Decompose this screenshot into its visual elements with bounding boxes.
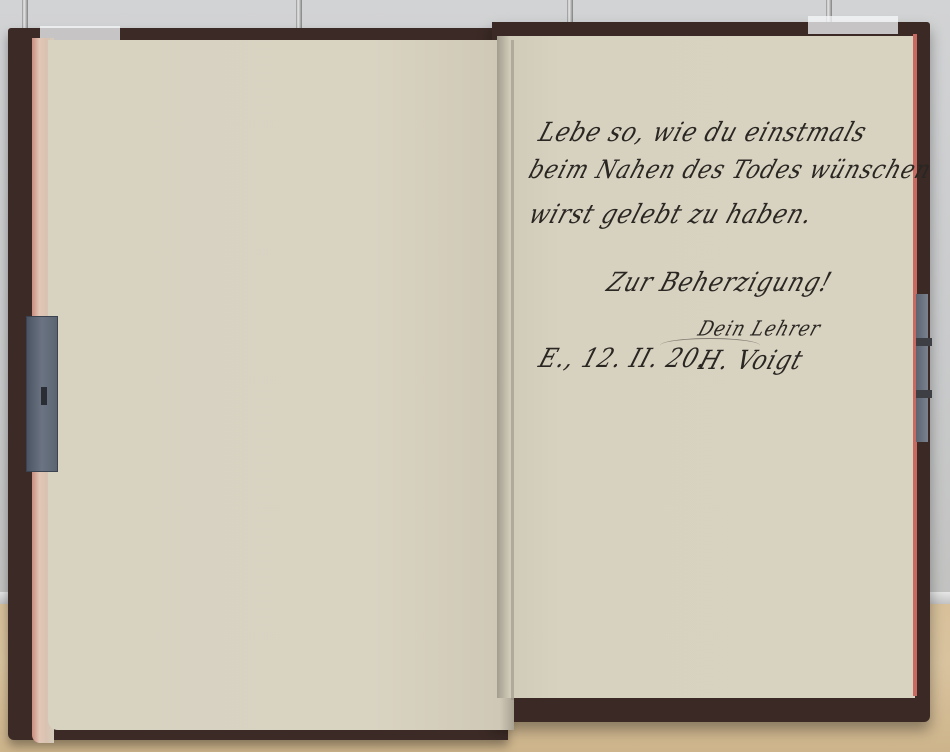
inscription-line: Zur Beherzigung! <box>603 268 836 298</box>
inscription-line: wirst gelebt zu haben. <box>525 200 817 230</box>
book-gutter <box>511 40 514 700</box>
clasp-slot <box>41 387 47 405</box>
pen-flourish <box>660 338 760 353</box>
tape-strip <box>808 16 898 34</box>
handwritten-inscription: Lebe so, wie du einstmals beim Nahen des… <box>525 112 915 442</box>
inscription-line: Lebe so, wie du einstmals <box>535 118 871 148</box>
clasp-tab <box>916 390 932 398</box>
clasp-tab <box>916 338 932 346</box>
left-page-blank <box>48 40 514 730</box>
metal-clasp-right <box>916 294 928 442</box>
metal-clasp-left <box>26 316 58 472</box>
inscription-line: beim Nahen des Todes wünschen <box>525 156 935 185</box>
